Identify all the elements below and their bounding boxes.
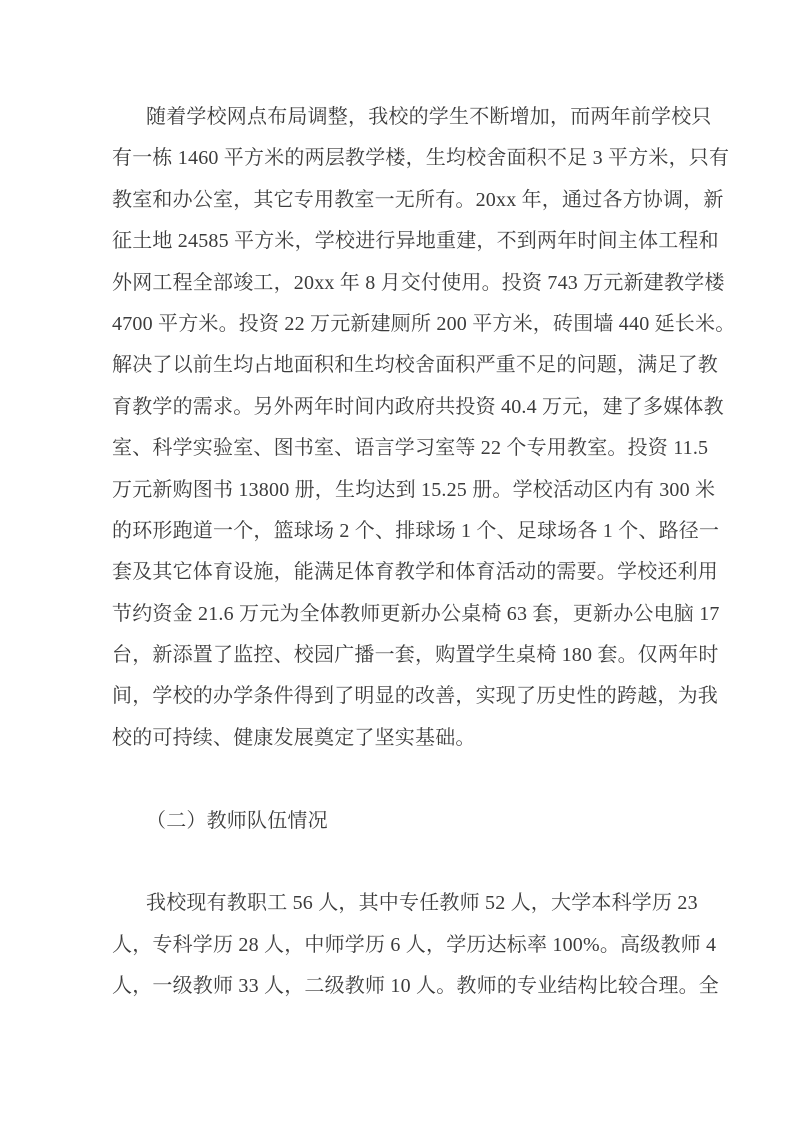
report-body: 随着学校网点布局调整，我校的学生不断增加，而两年前学校只 有一栋 1460 平方… [112, 97, 708, 1008]
paragraph-line: 教室和办公室，其它专用教室一无所有。20xx 年，通过各方协调，新 [112, 180, 708, 221]
paragraph-line: 节约资金 21.6 万元为全体教师更新办公桌椅 63 套，更新办公电脑 17 [112, 594, 708, 635]
paragraph-line: 间，学校的办学条件得到了明显的改善，实现了历史性的跨越，为我 [112, 676, 708, 717]
paragraph-line: 万元新购图书 13800 册，生均达到 15.25 册。学校活动区内有 300 … [112, 470, 708, 511]
document-page: 随着学校网点布局调整，我校的学生不断增加，而两年前学校只 有一栋 1460 平方… [0, 0, 793, 1122]
paragraph-line: 4700 平方米。投资 22 万元新建厕所 200 平方米，砖围墙 440 延长… [112, 304, 708, 345]
paragraph-line: 育教学的需求。另外两年时间内政府共投资 40.4 万元，建了多媒体教 [112, 387, 708, 428]
paragraph-line: 外网工程全部竣工，20xx 年 8 月交付使用。投资 743 万元新建教学楼 [112, 263, 708, 304]
paragraph-line: 校的可持续、健康发展奠定了坚实基础。 [112, 718, 708, 759]
paragraph-line: 我校现有教职工 56 人，其中专任教师 52 人，大学本科学历 23 [112, 883, 708, 924]
paragraph-line: 解决了以前生均占地面积和生均校舍面积严重不足的问题，满足了教 [112, 345, 708, 386]
paragraph-line: 人，一级教师 33 人，二级教师 10 人。教师的专业结构比较合理。全 [112, 966, 708, 1007]
paragraph-line: 室、科学实验室、图书室、语言学习室等 22 个专用教室。投资 11.5 [112, 428, 708, 469]
paragraph-line: 随着学校网点布局调整，我校的学生不断增加，而两年前学校只 [112, 97, 708, 138]
paragraph-line: 人，专科学历 28 人，中师学历 6 人，学历达标率 100%。高级教师 4 [112, 925, 708, 966]
paragraph-line: 有一栋 1460 平方米的两层教学楼，生均校舍面积不足 3 平方米，只有 [112, 138, 708, 179]
paragraph-line: 征土地 24585 平方米，学校进行异地重建，不到两年时间主体工程和 [112, 221, 708, 262]
paragraph-line: 套及其它体育设施，能满足体育教学和体育活动的需要。学校还利用 [112, 552, 708, 593]
paragraph-line: 的环形跑道一个，篮球场 2 个、排球场 1 个、足球场各 1 个、路径一 [112, 511, 708, 552]
section-heading: （二）教师队伍情况 [112, 801, 708, 842]
paragraph-line: 台，新添置了监控、校园广播一套，购置学生桌椅 180 套。仅两年时 [112, 635, 708, 676]
